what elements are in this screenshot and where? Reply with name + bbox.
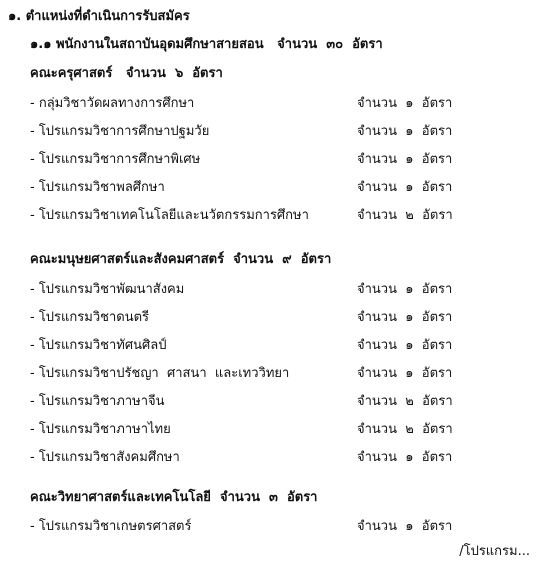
position-count: จำนวน ๑ อัตรา [357, 176, 452, 197]
section-subheading: ๑.๑ พนักงานในสถาบันอุดมศึกษาสายสอน จำนวน… [30, 35, 383, 55]
program-name: - โปรแกรมวิชาเทคโนโลยีและนวัตกรรมการศึกษ… [30, 204, 309, 225]
position-count: จำนวน ๑ อัตรา [357, 446, 452, 467]
list-item: - โปรแกรมวิชาดนตรี จำนวน ๑ อัตรา [0, 306, 540, 326]
list-item: - โปรแกรมวิชาทัศนศิลป์ จำนวน ๑ อัตรา [0, 334, 540, 354]
list-item: - โปรแกรมวิชาสังคมศึกษา จำนวน ๑ อัตรา [0, 446, 540, 466]
position-count: จำนวน ๑ อัตรา [357, 306, 452, 327]
program-name: - โปรแกรมวิชาทัศนศิลป์ [30, 334, 166, 355]
faculty-title-education: คณะครุศาสตร์ จำนวน ๖ อัตรา [30, 64, 223, 84]
position-count: จำนวน ๑ อัตรา [357, 334, 452, 355]
program-name: - โปรแกรมวิชาการศึกษาปฐมวัย [30, 120, 209, 141]
list-item: - โปรแกรมวิชาพลศึกษา จำนวน ๑ อัตรา [0, 176, 540, 196]
position-count: จำนวน ๒ อัตรา [357, 204, 453, 225]
position-count: จำนวน ๑ อัตรา [357, 362, 452, 383]
list-item: - โปรแกรมวิชาภาษาจีน จำนวน ๒ อัตรา [0, 390, 540, 410]
program-name: - โปรแกรมวิชาภาษาไทย [30, 418, 171, 439]
faculty-title-science: คณะวิทยาศาสตร์และเทคโนโลยี จำนวน ๓ อัตรา [30, 488, 317, 508]
program-name: - โปรแกรมวิชาพัฒนาสังคม [30, 278, 184, 299]
position-count: จำนวน ๑ อัตรา [357, 148, 452, 169]
list-item: - โปรแกรมวิชาภาษาไทย จำนวน ๒ อัตรา [0, 418, 540, 438]
program-name: - โปรแกรมวิชาภาษาจีน [30, 390, 165, 411]
list-item: - โปรแกรมวิชาเกษตรศาสตร์ จำนวน ๑ อัตรา [0, 515, 540, 535]
program-name: - กลุ่มวิชาวัดผลทางการศึกษา [30, 92, 194, 113]
list-item: - กลุ่มวิชาวัดผลทางการศึกษา จำนวน ๑ อัตร… [0, 92, 540, 112]
program-name: - โปรแกรมวิชาดนตรี [30, 306, 149, 327]
program-name: - โปรแกรมวิชาเกษตรศาสตร์ [30, 515, 191, 536]
list-item: - โปรแกรมวิชาเทคโนโลยีและนวัตกรรมการศึกษ… [0, 204, 540, 224]
program-name: - โปรแกรมวิชาปรัชญา ศาสนา และเทววิทยา [30, 362, 289, 383]
list-item: - โปรแกรมวิชาการศึกษาพิเศษ จำนวน ๑ อัตรา [0, 148, 540, 168]
faculty-title-humanities: คณะมนุษยศาสตร์และสังคมศาสตร์ จำนวน ๙ อัต… [30, 250, 331, 270]
list-item: - โปรแกรมวิชาการศึกษาปฐมวัย จำนวน ๑ อัตร… [0, 120, 540, 140]
continuation-marker: /โปรแกรม... [459, 542, 530, 562]
program-name: - โปรแกรมวิชาการศึกษาพิเศษ [30, 148, 200, 169]
position-count: จำนวน ๒ อัตรา [357, 418, 453, 439]
section-heading: ๑. ตำแหน่งที่ดำเนินการรับสมัคร [8, 7, 190, 27]
program-name: - โปรแกรมวิชาพลศึกษา [30, 176, 165, 197]
position-count: จำนวน ๒ อัตรา [357, 390, 453, 411]
list-item: - โปรแกรมวิชาปรัชญา ศาสนา และเทววิทยา จำ… [0, 362, 540, 382]
position-count: จำนวน ๑ อัตรา [357, 92, 452, 113]
list-item: - โปรแกรมวิชาพัฒนาสังคม จำนวน ๑ อัตรา [0, 278, 540, 298]
program-name: - โปรแกรมวิชาสังคมศึกษา [30, 446, 180, 467]
position-count: จำนวน ๑ อัตรา [357, 120, 452, 141]
position-count: จำนวน ๑ อัตรา [357, 278, 452, 299]
position-count: จำนวน ๑ อัตรา [357, 515, 452, 536]
